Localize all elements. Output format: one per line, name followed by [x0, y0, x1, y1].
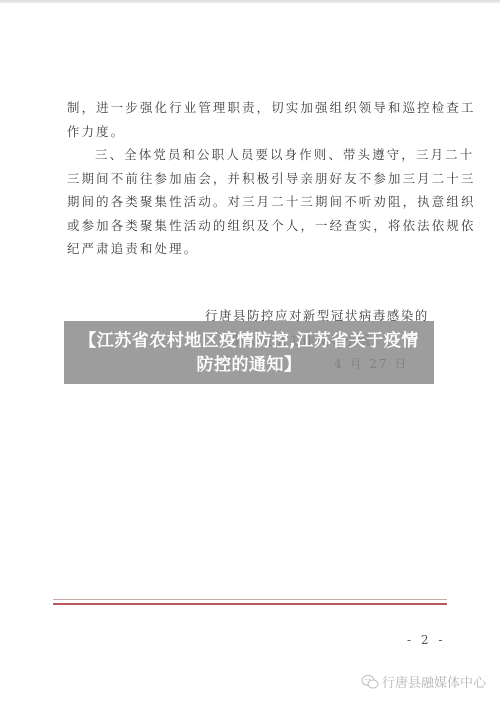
paragraph-section-three: 三、全体党员和公职人员要以身作则、带头遵守，三月二十 三期间不前往参加庙会，并积…: [67, 143, 439, 261]
page-number: - 2 -: [407, 633, 445, 647]
title-banner-overlay: 【江苏省农村地区疫情防控,江苏省关于疫情防控的通知】: [64, 321, 434, 384]
watermark-text: 行唐县融媒体中心: [382, 672, 486, 691]
text-line: 三期间不前往参加庙会，并积极引导亲朋好友不参加三月二十三: [67, 167, 439, 191]
footer-rule-thin: [53, 599, 447, 600]
banner-title: 【江苏省农村地区疫情防控,江苏省关于疫情防控的通知】: [71, 329, 427, 377]
text-line: 期间的各类聚集性活动。对三月二十三期间不听劝阻，执意组织: [67, 190, 439, 214]
text-line: 三、全体党员和公职人员要以身作则、带头遵守，三月二十: [67, 143, 439, 167]
text-line: 纪严肃追责和处理。: [67, 237, 439, 261]
text-line: 或参加各类聚集性活动的组织及个人，一经查实，将依法依规依: [67, 214, 439, 238]
text-line: 作力度。: [67, 120, 439, 144]
watermark: 行唐县融媒体中心: [361, 672, 486, 691]
footer-rule-thick: [53, 603, 447, 605]
paragraph-continuation: 制，进一步强化行业管理职责，切实加强组织领导和巡控检查工 作力度。: [67, 96, 439, 143]
text-line: 制，进一步强化行业管理职责，切实加强组织领导和巡控检查工: [67, 96, 439, 120]
wechat-icon: [361, 674, 379, 690]
